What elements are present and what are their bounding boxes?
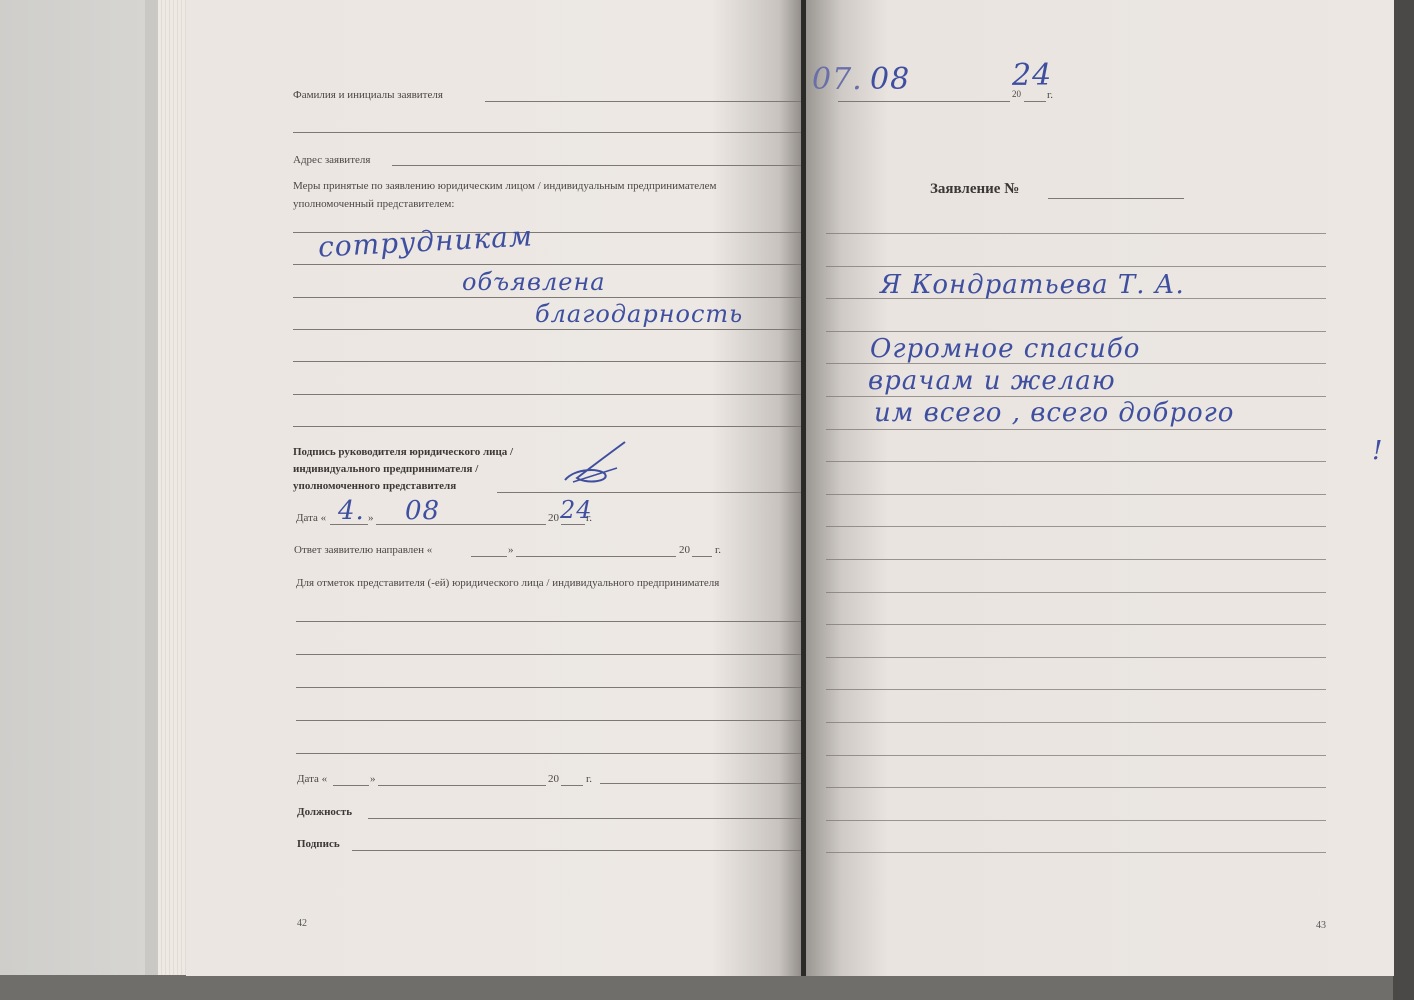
page-number-left: 42 xyxy=(297,918,307,929)
page-number-right: 43 xyxy=(1316,920,1326,931)
statement-handwritten-line-4: им всего , всего доброго xyxy=(874,398,1234,428)
statement-line xyxy=(826,592,1326,593)
measures-line xyxy=(293,361,801,362)
measures-line xyxy=(293,426,801,427)
date-quote-close: » xyxy=(368,512,374,524)
statement-line xyxy=(826,722,1326,723)
date-year-field xyxy=(561,524,585,525)
date-month-handwritten: 08 xyxy=(405,496,440,526)
applicant-address-field xyxy=(392,165,801,166)
notes-line xyxy=(296,753,801,754)
date-label: Дата « xyxy=(296,512,326,524)
date-month-field xyxy=(376,524,546,525)
position-field xyxy=(368,818,801,819)
statement-line xyxy=(826,689,1326,690)
bottom-date-year-prefix: 20 xyxy=(548,773,559,785)
statement-line xyxy=(826,494,1326,495)
scanner-background-right xyxy=(1393,0,1414,1000)
bottom-signature-field xyxy=(352,850,801,851)
applicant-name-field-2 xyxy=(293,132,801,133)
statement-line xyxy=(826,461,1326,462)
statement-handwritten-line-1: Я Кондратьева Т. А. xyxy=(880,270,1185,300)
bottom-date-extra-field xyxy=(600,783,801,784)
statement-line xyxy=(826,233,1326,234)
scanner-background xyxy=(0,0,145,1000)
signature-label-line2: индивидуального предпринимателя / xyxy=(293,463,478,475)
measures-label-line1: Меры принятые по заявлению юридическим л… xyxy=(293,180,717,192)
notes-line xyxy=(296,621,801,622)
statement-handwritten-line-3: врачам и желаю xyxy=(868,366,1116,396)
measures-handwritten-3: благодарность xyxy=(535,300,743,328)
notes-label: Для отметок представителя (-ей) юридичес… xyxy=(296,577,719,589)
response-day-field xyxy=(471,556,507,557)
response-suffix: г. xyxy=(715,544,721,556)
header-date-year-field xyxy=(1024,101,1046,102)
bottom-date-label: Дата « xyxy=(297,773,327,785)
bottom-date-quote-close: » xyxy=(370,773,376,785)
bottom-date-month-field xyxy=(378,785,546,786)
signature-label-line1: Подпись руководителя юридического лица / xyxy=(293,446,513,458)
statement-line xyxy=(826,429,1326,430)
measures-line xyxy=(293,329,801,330)
bottom-date-year-field xyxy=(561,785,583,786)
measures-line xyxy=(293,394,801,395)
measures-line xyxy=(293,264,801,265)
measures-label-line2: уполномоченный представителем: xyxy=(293,198,454,210)
notes-line xyxy=(296,720,801,721)
bottom-date-day-field xyxy=(333,785,369,786)
bottom-date-suffix: г. xyxy=(586,773,592,785)
statement-line xyxy=(826,526,1326,527)
statement-handwritten-line-2: Огромное спасибо xyxy=(870,334,1140,364)
statement-line xyxy=(826,852,1326,853)
date-year-handwritten: 24 xyxy=(560,496,593,524)
header-date-year-handwritten: 24 xyxy=(1012,58,1052,93)
measures-line xyxy=(293,297,801,298)
applicant-address-label: Адрес заявителя xyxy=(293,154,370,166)
response-quote-close: » xyxy=(508,544,514,556)
signature-field xyxy=(497,492,801,493)
response-label: Ответ заявителю направлен « xyxy=(294,544,432,556)
statement-line xyxy=(826,559,1326,560)
right-page xyxy=(806,0,1394,976)
left-page xyxy=(186,0,804,976)
date-year-prefix: 20 xyxy=(548,512,559,524)
applicant-name-field xyxy=(485,101,801,102)
date-day-handwritten: 4. xyxy=(338,496,365,526)
statement-line xyxy=(826,787,1326,788)
page-edges xyxy=(158,0,188,976)
measures-handwritten-2: объявлена xyxy=(462,268,606,296)
notes-line xyxy=(296,654,801,655)
statement-line xyxy=(826,657,1326,658)
statement-line xyxy=(826,755,1326,756)
scanner-background-bottom xyxy=(0,975,1414,1000)
statement-line xyxy=(826,820,1326,821)
header-date-day-handwritten: 07. xyxy=(812,62,863,97)
statement-line xyxy=(826,331,1326,332)
statement-line xyxy=(826,396,1326,397)
signature-label-line3: уполномоченного представителя xyxy=(293,480,456,492)
handwritten-signature xyxy=(555,438,635,488)
statement-title: Заявление № xyxy=(930,181,1019,198)
applicant-name-label: Фамилия и инициалы заявителя xyxy=(293,89,443,101)
statement-handwritten-line-5: ! xyxy=(1372,436,1383,466)
position-label: Должность xyxy=(297,806,352,818)
response-year-prefix: 20 xyxy=(679,544,690,556)
statement-number-field xyxy=(1048,198,1184,199)
response-year-field xyxy=(692,556,712,557)
header-date-field xyxy=(838,101,1010,102)
bottom-signature-label: Подпись xyxy=(297,838,340,850)
header-date-month-handwritten: 08 xyxy=(870,62,910,97)
statement-line xyxy=(826,266,1326,267)
statement-line xyxy=(826,624,1326,625)
notes-line xyxy=(296,687,801,688)
response-month-field xyxy=(516,556,676,557)
